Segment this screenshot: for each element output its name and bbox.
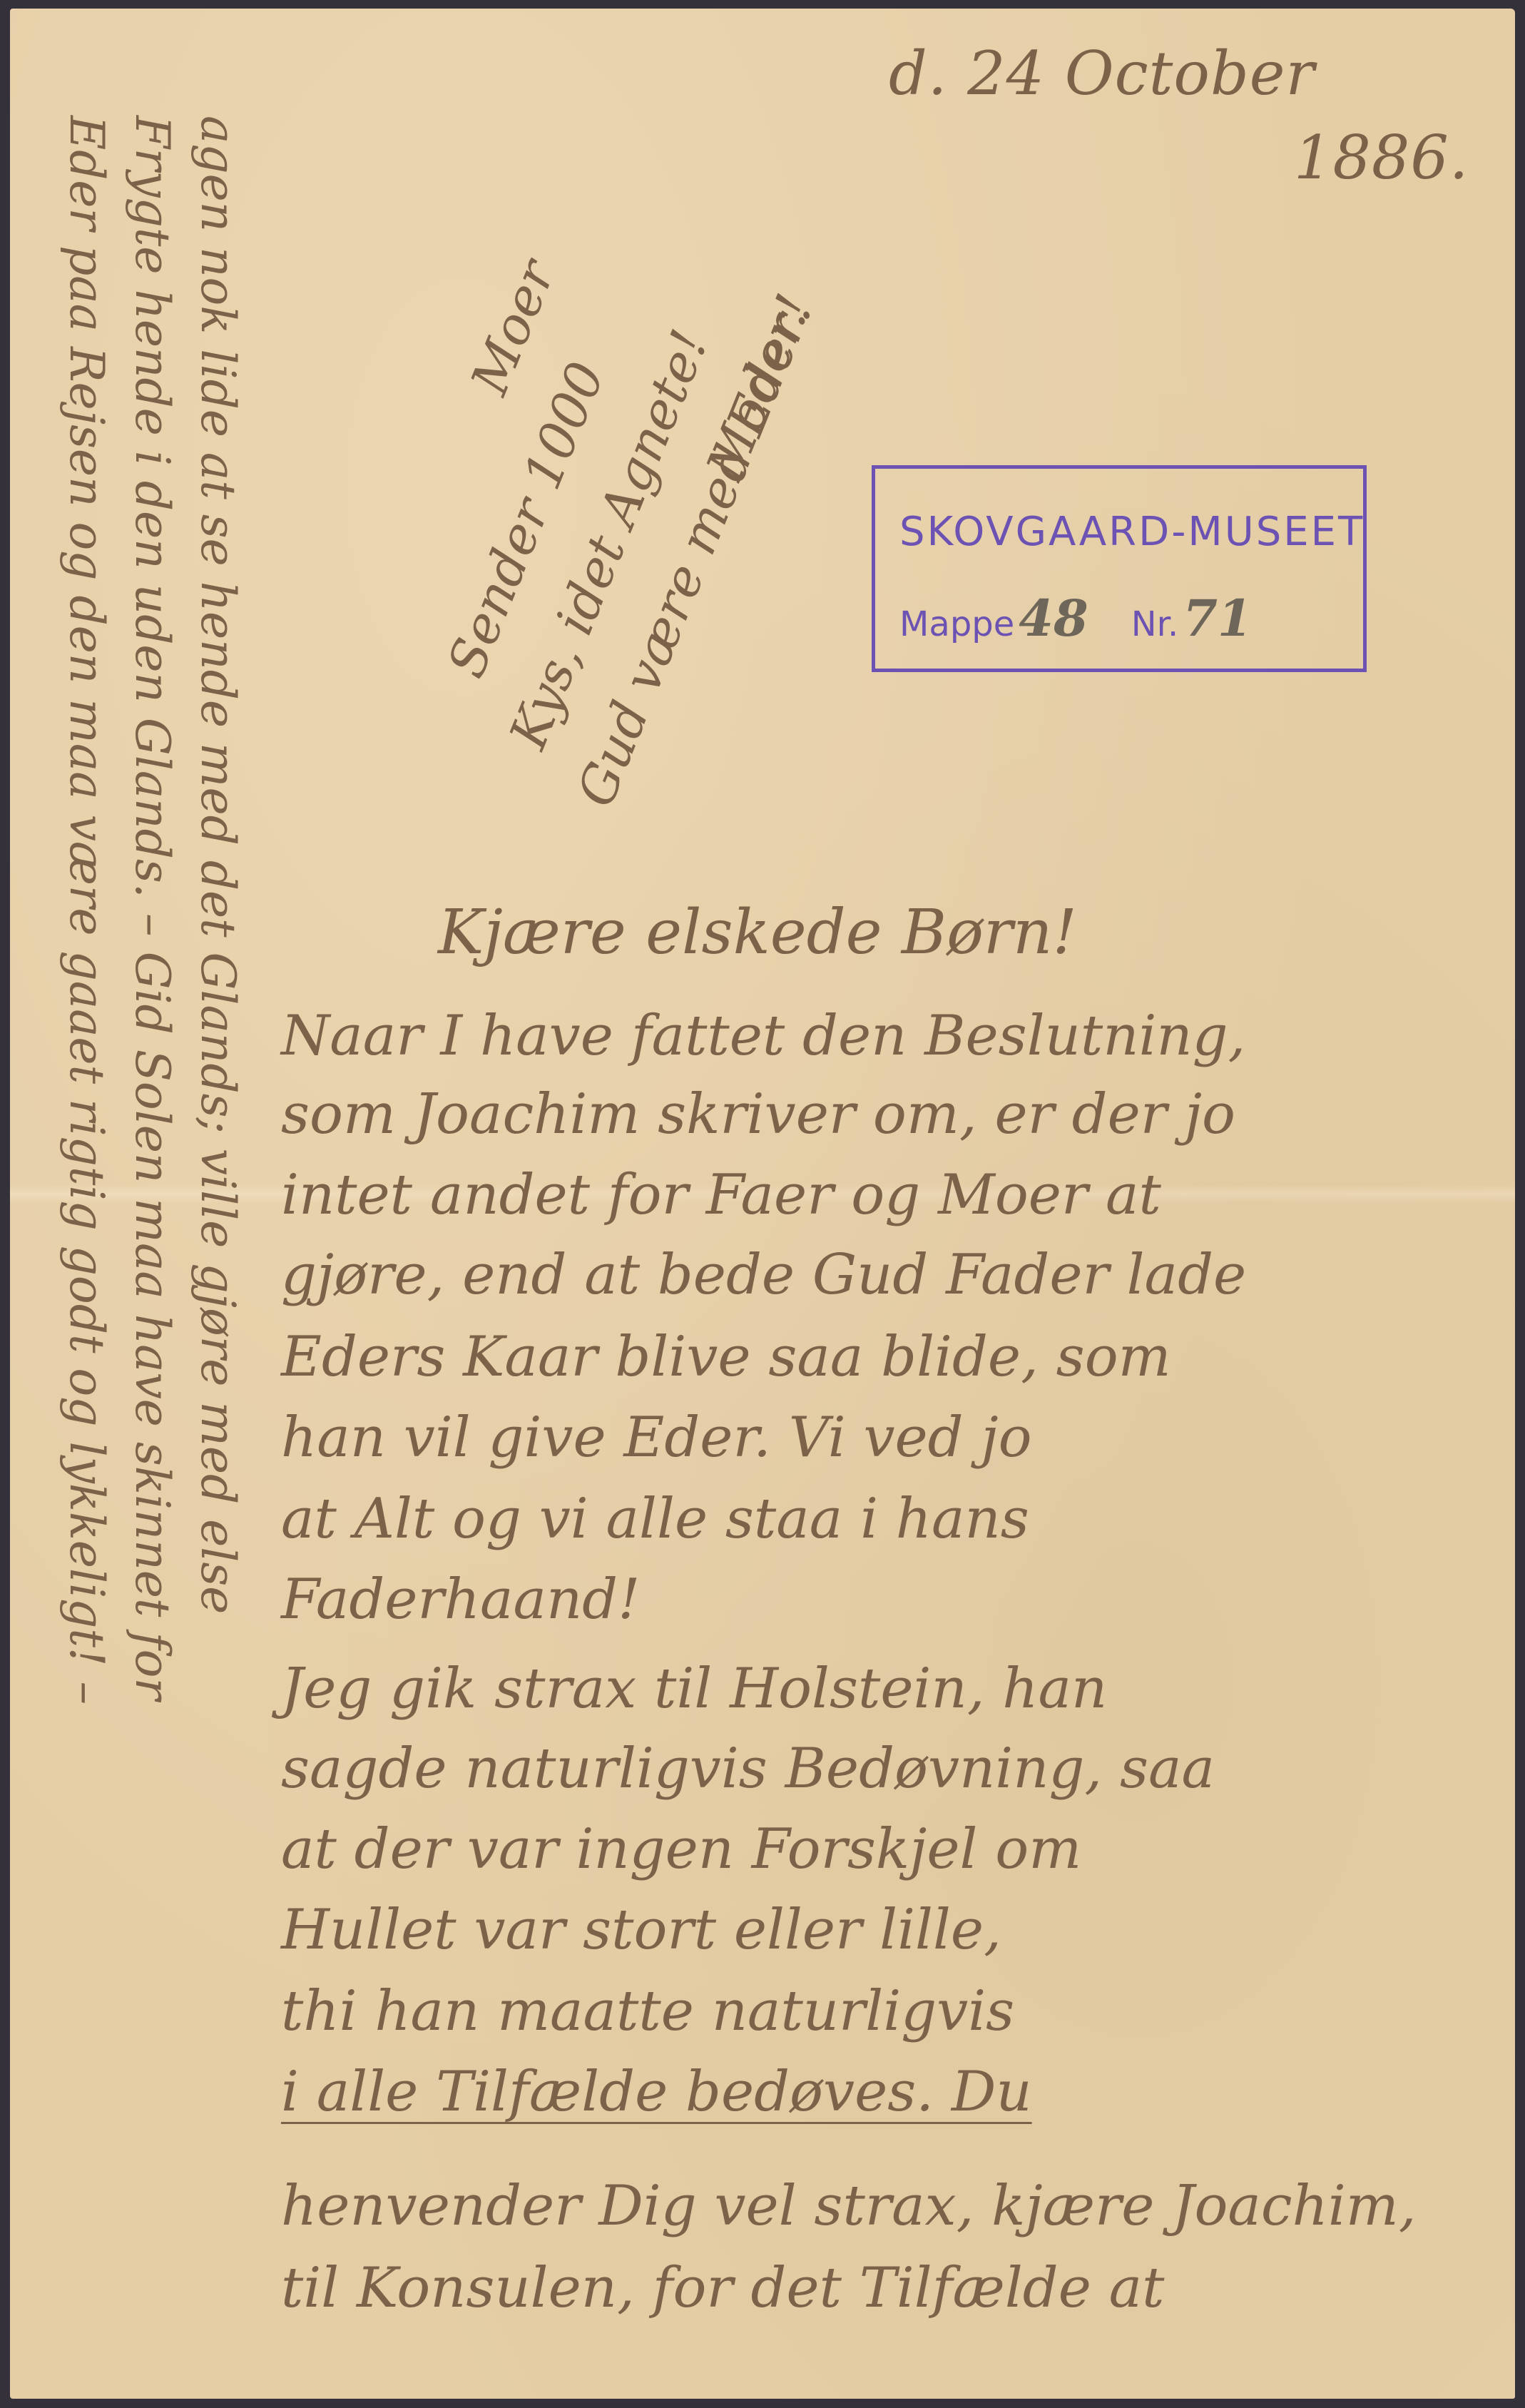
- diagonal-note: Moer Sender 1000 Kys, idet Agnete! Gud v…: [310, 191, 847, 877]
- letter-line: Faderhaand!: [281, 1568, 640, 1632]
- letter-line: Naar I have fattet den Beslutning,: [281, 1004, 1245, 1068]
- letter-line: Eders Kaar blive saa blide, som: [281, 1325, 1171, 1389]
- margin-note-line: agen nok lide at se hende med det Glands…: [180, 116, 245, 1705]
- margin-note: agen nok lide at se hende med det Glands…: [49, 116, 245, 1705]
- letter-line: henvender Dig vel strax, kjære Joachim,: [281, 2174, 1417, 2238]
- stamp-archive-row: Mappe48Nr.71: [899, 589, 1267, 648]
- letter-line: gjøre, end at bede Gud Fader lade: [281, 1243, 1246, 1307]
- letter-line: til Konsulen, for det Tilfælde at: [281, 2256, 1165, 2320]
- letter-line: thi han maatte naturligvis: [281, 1979, 1014, 2043]
- letter-page: d. 24 October 1886. Moer Sender 1000 Kys…: [10, 9, 1515, 2399]
- letter-date: d. 24 October: [889, 39, 1315, 108]
- letter-line: han vil give Eder. Vi ved jo: [281, 1406, 1032, 1470]
- letter-line: Jeg gik strax til Holstein, han: [281, 1657, 1107, 1721]
- letter-line: intet andet for Faer og Moer at: [281, 1163, 1161, 1227]
- letter-line: Hullet var stort eller lille,: [281, 1898, 1001, 1962]
- stamp-number-label: Nr.: [1131, 604, 1179, 644]
- stamp-number-value: 71: [1183, 589, 1252, 648]
- margin-note-line: Frygte hende i den uden Glands. – Gid So…: [114, 116, 180, 1705]
- letter-line-underlined: i alle Tilfælde bedøves. Du: [281, 2060, 1032, 2124]
- letter-year: 1886.: [1294, 123, 1469, 193]
- letter-greeting: Kjære elskede Børn!: [438, 897, 1077, 968]
- stamp-folder-value: 48: [1019, 589, 1088, 648]
- letter-line: som Joachim skriver om, er der jo: [281, 1082, 1235, 1147]
- stamp-title: SKOVGAARD-MUSEET: [899, 509, 1365, 555]
- letter-line: sagde naturligvis Bedøvning, saa: [281, 1737, 1215, 1801]
- letter-line: at der var ingen Forskjel om: [281, 1817, 1081, 1881]
- letter-line: at Alt og vi alle staa i hans: [281, 1487, 1029, 1551]
- museum-stamp: SKOVGAARD-MUSEET Mappe48Nr.71: [872, 465, 1367, 672]
- stamp-folder-label: Mappe: [899, 604, 1014, 644]
- margin-note-line: Eder paa Rejsen og den maa være gaaet ri…: [49, 116, 114, 1705]
